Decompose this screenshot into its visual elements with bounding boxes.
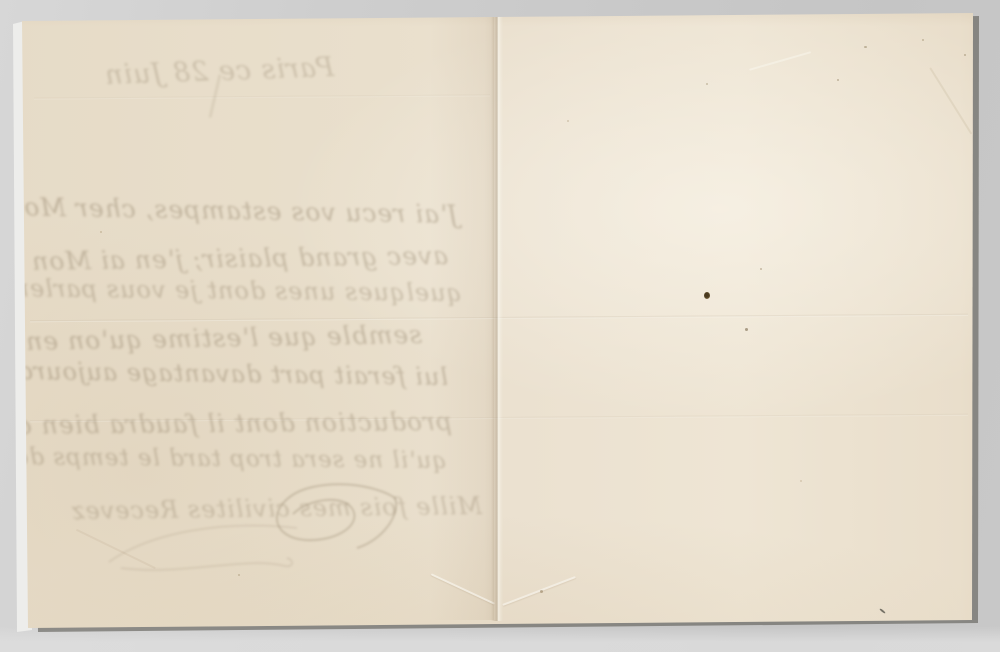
scanner-bed: Paris ce 28 JuinJ'ai recu vos estampes, … (0, 0, 1000, 652)
speck (800, 480, 802, 482)
handwriting-line: semble que l'estime qu'on en a Paris (0, 320, 422, 358)
speck (567, 120, 569, 122)
speck (238, 574, 240, 576)
speck (760, 268, 762, 270)
speck (540, 590, 543, 593)
speck (964, 54, 966, 56)
handwriting-line: J'ai recu vos estampes, cher Monsieur (0, 191, 458, 229)
speck (706, 83, 708, 85)
handwriting-line: Paris ce 28 Juin (104, 52, 335, 91)
handwriting-line: production dont il faudra bien observer (0, 407, 452, 441)
ink-stain-spot (704, 292, 710, 299)
speck (837, 79, 839, 81)
signature-loop (277, 484, 396, 548)
speck (745, 328, 748, 331)
speck (322, 12, 325, 15)
speck (100, 231, 102, 233)
handwriting-line: quelques unes dont je vous parlerai. Il … (0, 273, 462, 307)
handwriting-line: avec grand plaisir; j'en ai Mon cher des (0, 241, 448, 278)
speck (864, 46, 867, 48)
handwriting-line: lui ferait part davantage aujourd'hui de… (0, 355, 448, 391)
signature-flourish (95, 468, 485, 583)
signature-sweep (109, 526, 297, 570)
speck (922, 39, 924, 41)
letter-paper: Paris ce 28 JuinJ'ai recu vos estampes, … (0, 0, 1000, 652)
